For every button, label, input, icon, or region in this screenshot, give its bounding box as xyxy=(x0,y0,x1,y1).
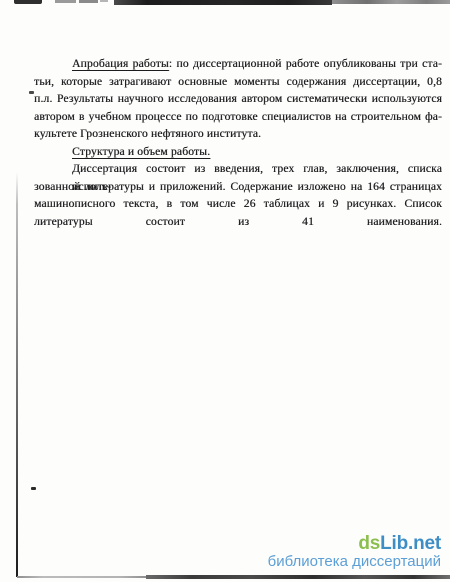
text-line-7: Диссертация состоит из введения, трех гл… xyxy=(34,160,442,178)
scan-edge-artifact-left xyxy=(16,172,18,577)
logo-libnet-blue: Lib.net xyxy=(380,533,441,554)
dslib-watermark[interactable]: dsLib.net библиотека диссертаций xyxy=(268,534,441,570)
text-run: п.л. Результаты научного исследования ав… xyxy=(34,92,442,105)
document-text: Апробация работы: по диссертационной раб… xyxy=(34,55,442,230)
dslib-logo[interactable]: dsLib.net xyxy=(268,534,441,553)
text-run: литературы состоит из 41 наименования. xyxy=(34,215,442,228)
dslib-subtitle: библиотека диссертаций xyxy=(268,554,441,570)
underlined-heading: Апробация работы xyxy=(72,57,169,70)
text-line-4: автором в учебном процессе по подготовке… xyxy=(34,108,442,126)
text-line-9: машинописного текста, в том числе 26 таб… xyxy=(34,195,442,213)
text-line-10: литературы состоит из 41 наименования. xyxy=(34,213,442,231)
text-line-3: п.л. Результаты научного исследования ав… xyxy=(34,90,442,108)
text-run: тьи, которые затрагивают основные момент… xyxy=(34,75,442,88)
text-run: автором в учебном процессе по подготовке… xyxy=(34,110,442,123)
logo-ds-green: ds xyxy=(358,533,380,554)
text-line-1: Апробация работы: по диссертационной раб… xyxy=(34,55,442,73)
text-run: зованной литературы и приложений. Содерж… xyxy=(34,180,442,193)
scan-speck-dot xyxy=(31,487,36,490)
scanned-document-page: Апробация работы: по диссертационной раб… xyxy=(0,0,450,582)
text-line-5: культете Грозненского нефтяного институт… xyxy=(34,125,442,143)
text-line-2: тьи, которые затрагивают основные момент… xyxy=(34,73,442,91)
text-run: культете Грозненского нефтяного институт… xyxy=(34,127,261,140)
text-line-6: Структура и объем работы. xyxy=(34,143,442,161)
text-run: машинописного текста, в том числе 26 таб… xyxy=(34,197,442,210)
text-run: : по диссертационной работе опубликованы… xyxy=(169,57,442,70)
underlined-heading: Структура и объем работы. xyxy=(72,145,210,158)
text-line-8: зованной литературы и приложений. Содерж… xyxy=(34,178,442,196)
